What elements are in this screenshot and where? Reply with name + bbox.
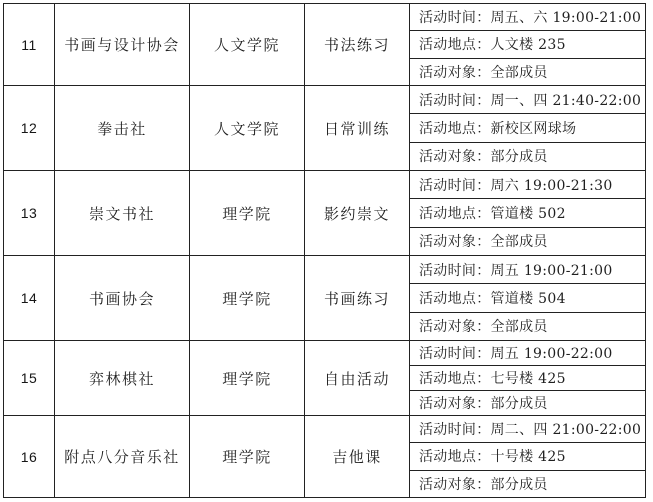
- activity-time-value: 周二、四 21:00-22:00: [491, 419, 642, 439]
- activity-place-label: 活动地点：: [419, 368, 491, 388]
- activity-place-row: 活动地点：管道楼 504: [410, 284, 645, 312]
- activity-cell: 自由活动: [305, 341, 410, 415]
- activity-time-value: 周五 19:00-21:00: [491, 260, 613, 280]
- activity-target-row: 活动对象：部分成员: [410, 391, 645, 415]
- activity-place-row: 活动地点：七号楼 425: [410, 366, 645, 391]
- activity-target-label: 活动对象：: [419, 393, 491, 413]
- activity-target-value: 全部成员: [491, 231, 548, 251]
- activity-target-label: 活动对象：: [419, 146, 491, 166]
- college-cell: 理学院: [190, 256, 305, 340]
- college-cell: 人文学院: [190, 86, 305, 170]
- activity-time-value: 周一、四 21:40-22:00: [491, 90, 642, 110]
- activity-place-row: 活动地点：管道楼 502: [410, 199, 645, 227]
- activity-target-row: 活动对象：部分成员: [410, 471, 645, 497]
- table-row: 13 崇文书社 理学院 影约崇文 活动时间：周六 19:00-21:30 活动地…: [4, 171, 645, 256]
- table-row: 12 拳击社 人文学院 日常训练 活动时间：周一、四 21:40-22:00 活…: [4, 86, 645, 171]
- activity-target-value: 全部成员: [491, 316, 548, 336]
- activity-place-value: 管道楼 504: [491, 288, 566, 308]
- club-name-cell: 书画与设计协会: [55, 4, 190, 85]
- club-name-cell: 书画协会: [55, 256, 190, 340]
- activity-cell: 吉他课: [305, 416, 410, 497]
- activity-cell: 书画练习: [305, 256, 410, 340]
- activity-time-value: 周五、六 19:00-21:00: [491, 7, 642, 27]
- activity-cell: 影约崇文: [305, 171, 410, 255]
- activity-target-row: 活动对象：全部成员: [410, 59, 645, 85]
- activity-time-row: 活动时间：周五、六 19:00-21:00: [410, 4, 645, 31]
- row-number-cell: 13: [4, 171, 55, 255]
- activity-place-value: 人文楼 235: [491, 34, 566, 54]
- activity-target-value: 全部成员: [491, 62, 548, 82]
- activity-time-label: 活动时间：: [419, 260, 491, 280]
- activity-place-row: 活动地点：新校区网球场: [410, 114, 645, 142]
- activity-place-label: 活动地点：: [419, 203, 491, 223]
- row-number-cell: 16: [4, 416, 55, 497]
- club-activity-table: 11 书画与设计协会 人文学院 书法练习 活动时间：周五、六 19:00-21:…: [3, 3, 646, 498]
- activity-cell: 书法练习: [305, 4, 410, 85]
- activity-target-row: 活动对象：部分成员: [410, 143, 645, 170]
- activity-place-label: 活动地点：: [419, 34, 491, 54]
- activity-time-label: 活动时间：: [419, 7, 491, 27]
- document-page: 11 书画与设计协会 人文学院 书法练习 活动时间：周五、六 19:00-21:…: [0, 0, 653, 502]
- college-cell: 理学院: [190, 416, 305, 497]
- activity-place-label: 活动地点：: [419, 446, 491, 466]
- club-name-cell: 崇文书社: [55, 171, 190, 255]
- activity-time-row: 活动时间：周二、四 21:00-22:00: [410, 416, 645, 443]
- activity-place-value: 新校区网球场: [491, 118, 577, 138]
- activity-target-value: 部分成员: [491, 393, 548, 413]
- table-row: 14 书画协会 理学院 书画练习 活动时间：周五 19:00-21:00 活动地…: [4, 256, 645, 341]
- activity-time-value: 周六 19:00-21:30: [491, 175, 613, 195]
- activity-place-value: 管道楼 502: [491, 203, 566, 223]
- college-cell: 理学院: [190, 341, 305, 415]
- activity-time-label: 活动时间：: [419, 90, 491, 110]
- activity-target-row: 活动对象：全部成员: [410, 228, 645, 255]
- activity-time-row: 活动时间：周五 19:00-21:00: [410, 256, 645, 284]
- activity-details-cell: 活动时间：周五 19:00-21:00 活动地点：管道楼 504 活动对象：全部…: [410, 256, 645, 340]
- activity-target-label: 活动对象：: [419, 62, 491, 82]
- activity-time-row: 活动时间：周六 19:00-21:30: [410, 171, 645, 199]
- activity-time-label: 活动时间：: [419, 175, 491, 195]
- table-row: 15 弈林棋社 理学院 自由活动 活动时间：周五 19:00-22:00 活动地…: [4, 341, 645, 416]
- activity-place-value: 十号楼 425: [491, 446, 566, 466]
- activity-time-label: 活动时间：: [419, 419, 491, 439]
- row-number-cell: 15: [4, 341, 55, 415]
- activity-details-cell: 活动时间：周二、四 21:00-22:00 活动地点：十号楼 425 活动对象：…: [410, 416, 645, 497]
- club-name-cell: 附点八分音乐社: [55, 416, 190, 497]
- activity-place-row: 活动地点：人文楼 235: [410, 31, 645, 58]
- row-number-cell: 12: [4, 86, 55, 170]
- activity-place-label: 活动地点：: [419, 288, 491, 308]
- activity-target-label: 活动对象：: [419, 474, 491, 494]
- activity-time-row: 活动时间：周一、四 21:40-22:00: [410, 86, 645, 114]
- table-row: 16 附点八分音乐社 理学院 吉他课 活动时间：周二、四 21:00-22:00…: [4, 416, 645, 497]
- activity-details-cell: 活动时间：周五 19:00-22:00 活动地点：七号楼 425 活动对象：部分…: [410, 341, 645, 415]
- college-cell: 理学院: [190, 171, 305, 255]
- activity-place-row: 活动地点：十号楼 425: [410, 443, 645, 470]
- activity-details-cell: 活动时间：周六 19:00-21:30 活动地点：管道楼 502 活动对象：全部…: [410, 171, 645, 255]
- club-name-cell: 拳击社: [55, 86, 190, 170]
- activity-place-value: 七号楼 425: [491, 368, 566, 388]
- activity-time-row: 活动时间：周五 19:00-22:00: [410, 341, 645, 366]
- college-cell: 人文学院: [190, 4, 305, 85]
- row-number-cell: 11: [4, 4, 55, 85]
- activity-place-label: 活动地点：: [419, 118, 491, 138]
- activity-target-label: 活动对象：: [419, 316, 491, 336]
- activity-time-label: 活动时间：: [419, 343, 491, 363]
- activity-target-value: 部分成员: [491, 474, 548, 494]
- activity-details-cell: 活动时间：周五、六 19:00-21:00 活动地点：人文楼 235 活动对象：…: [410, 4, 645, 85]
- activity-target-value: 部分成员: [491, 146, 548, 166]
- activity-time-value: 周五 19:00-22:00: [491, 343, 613, 363]
- row-number-cell: 14: [4, 256, 55, 340]
- activity-details-cell: 活动时间：周一、四 21:40-22:00 活动地点：新校区网球场 活动对象：部…: [410, 86, 645, 170]
- activity-target-row: 活动对象：全部成员: [410, 313, 645, 340]
- activity-cell: 日常训练: [305, 86, 410, 170]
- club-name-cell: 弈林棋社: [55, 341, 190, 415]
- table-row: 11 书画与设计协会 人文学院 书法练习 活动时间：周五、六 19:00-21:…: [4, 4, 645, 86]
- activity-target-label: 活动对象：: [419, 231, 491, 251]
